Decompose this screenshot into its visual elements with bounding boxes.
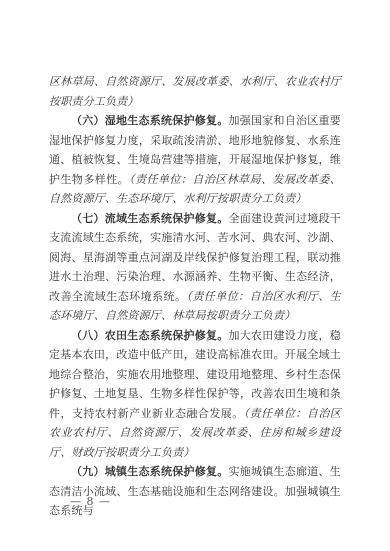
page-number: — 8 — xyxy=(70,495,111,508)
paragraph-section-8: （八）农田生态系统保护修复。加大农田建设力度，稳定基本农田，改造中低产田，建设高… xyxy=(49,326,341,463)
continuation-responsibility-text: 区林草局、自然资源厅、发展改革委、水利厅、农业农村厅按职责分工负责） xyxy=(49,75,341,108)
paragraph-section-6: （六）湿地生态系统保护修复。加强国家和自治区重要湿地保护修复力度，采取疏浚清淤、… xyxy=(49,111,341,209)
paragraph-section-9: （九）城镇生态系统保护修复。实施城镇生态廊道、生态清洁小流域、生态基础设施和生态… xyxy=(49,462,341,521)
section-9-heading: （九）城镇生态系统保护修复。 xyxy=(71,465,229,478)
paragraph-section-7: （七）流域生态系统保护修复。全面建设黄河过境段干支流流域生态系统，实施清水河、苦… xyxy=(49,209,341,326)
document-body: 区林草局、自然资源厅、发展改革委、水利厅、农业农村厅按职责分工负责） （六）湿地… xyxy=(49,72,341,521)
paragraph-continuation: 区林草局、自然资源厅、发展改革委、水利厅、农业农村厅按职责分工负责） xyxy=(49,72,341,111)
section-8-heading: （八）农田生态系统保护修复。 xyxy=(71,329,229,342)
section-6-heading: （六）湿地生态系统保护修复。 xyxy=(71,114,229,127)
section-7-heading: （七）流域生态系统保护修复。 xyxy=(71,212,229,225)
document-page: 区林草局、自然资源厅、发展改革委、水利厅、农业农村厅按职责分工负责） （六）湿地… xyxy=(0,0,390,551)
